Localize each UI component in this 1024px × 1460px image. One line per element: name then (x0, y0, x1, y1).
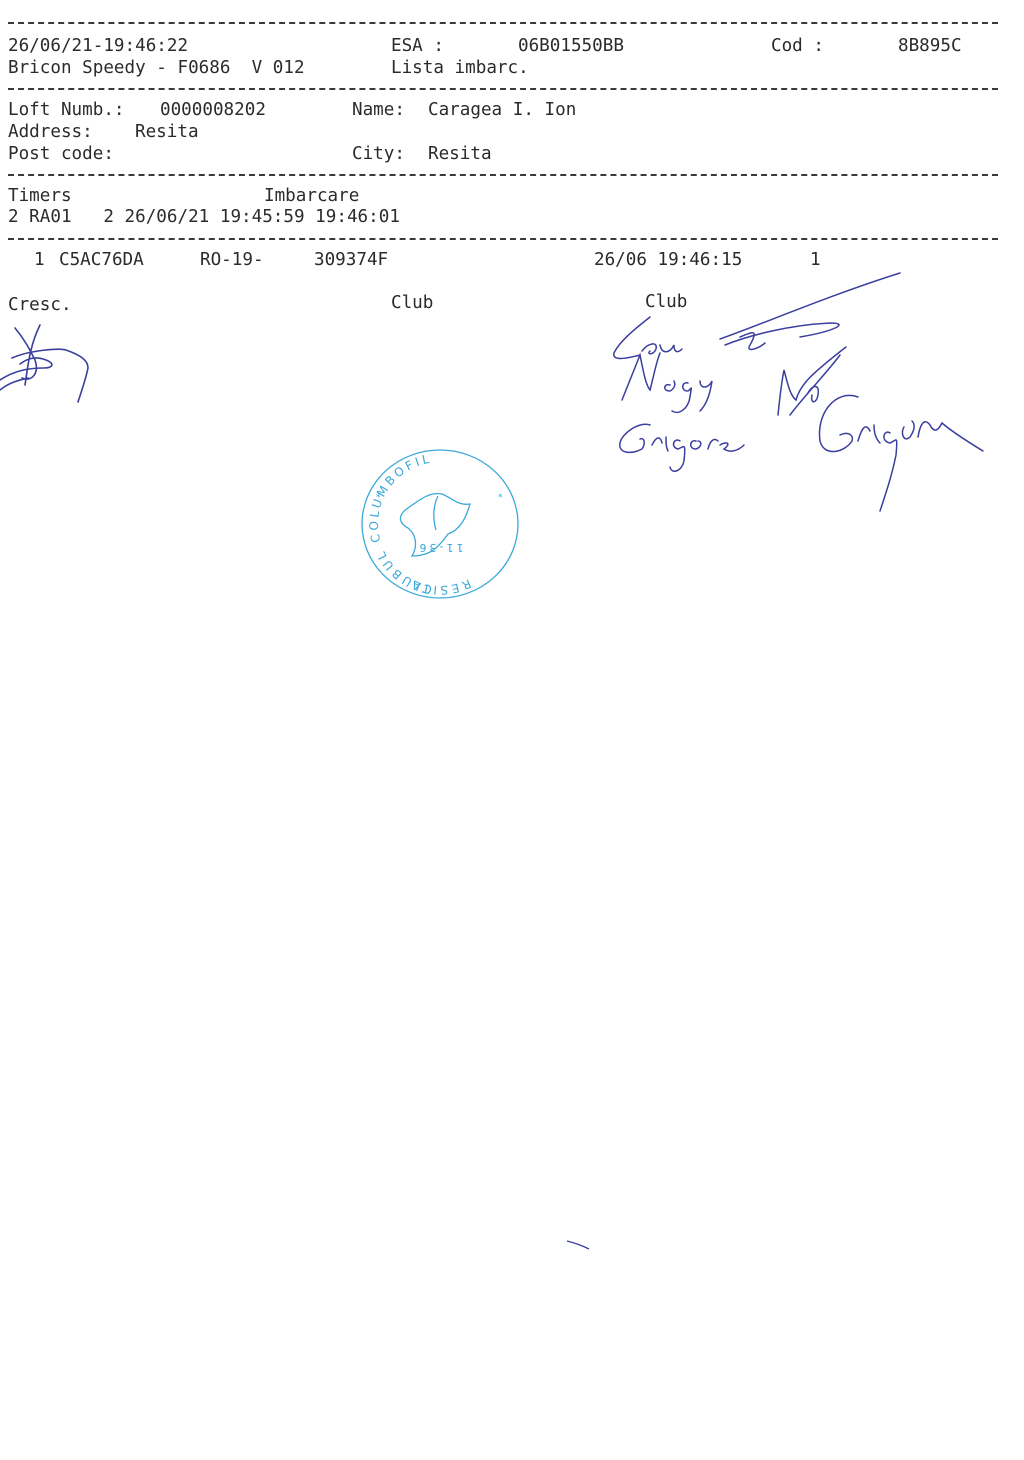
svg-text:RESITA: RESITA (407, 576, 473, 597)
loft-number-value: 0000008202 (160, 102, 266, 120)
esa-label: ESA : (391, 38, 444, 56)
separator-line (8, 174, 998, 176)
stamp-top-text: RESITA (407, 576, 473, 597)
svg-text:*: * (376, 493, 384, 503)
bird-chip: C5AC76DA (59, 252, 144, 270)
club-label: Club (391, 295, 433, 313)
stamp-bottom-text: CLUBUL COLUMBOFIL (367, 451, 433, 596)
pen-mark (565, 1238, 595, 1252)
timers-row: 2 RA01 2 26/06/21 19:45:59 19:46:01 (8, 209, 400, 227)
svg-text:*: * (498, 493, 506, 503)
address-value: Resita (135, 124, 199, 142)
svg-text:CLUBUL COLUMBOFIL: CLUBUL COLUMBOFIL (367, 451, 433, 596)
bird-ring-number: 309374F (314, 252, 388, 270)
bird-ring-prefix: RO-19- (200, 252, 264, 270)
bird-index: 1 (34, 252, 45, 270)
cod-label: Cod : (771, 38, 824, 56)
name-label: Name: (352, 102, 405, 120)
name-value: Caragea I. Ion (428, 102, 576, 120)
cresc-label: Cresc. (8, 297, 72, 315)
separator-line (8, 88, 998, 90)
device-info: Bricon Speedy - F0686 V 012 (8, 60, 305, 78)
fancier-signature (0, 320, 100, 410)
separator-line (8, 238, 998, 240)
print-datetime: 26/06/21-19:46:22 (8, 38, 188, 56)
loft-number-label: Loft Numb.: (8, 102, 125, 120)
separator-line (8, 22, 998, 24)
list-title: Lista imbarc. (391, 60, 529, 78)
imbarcare-heading: Imbarcare (264, 188, 359, 206)
club-signatures (600, 265, 1000, 515)
stamp-number: 11-36 (417, 541, 464, 554)
timers-heading: Timers (8, 188, 72, 206)
club-stamp: CLUBUL COLUMBOFIL RESITA 11-36 * * (360, 448, 520, 600)
esa-value: 06B01550BB (518, 38, 624, 56)
address-label: Address: (8, 124, 93, 142)
city-value: Resita (428, 146, 492, 164)
city-label: City: (352, 146, 405, 164)
postcode-label: Post code: (8, 146, 114, 164)
cod-value: 8B895C (898, 38, 962, 56)
